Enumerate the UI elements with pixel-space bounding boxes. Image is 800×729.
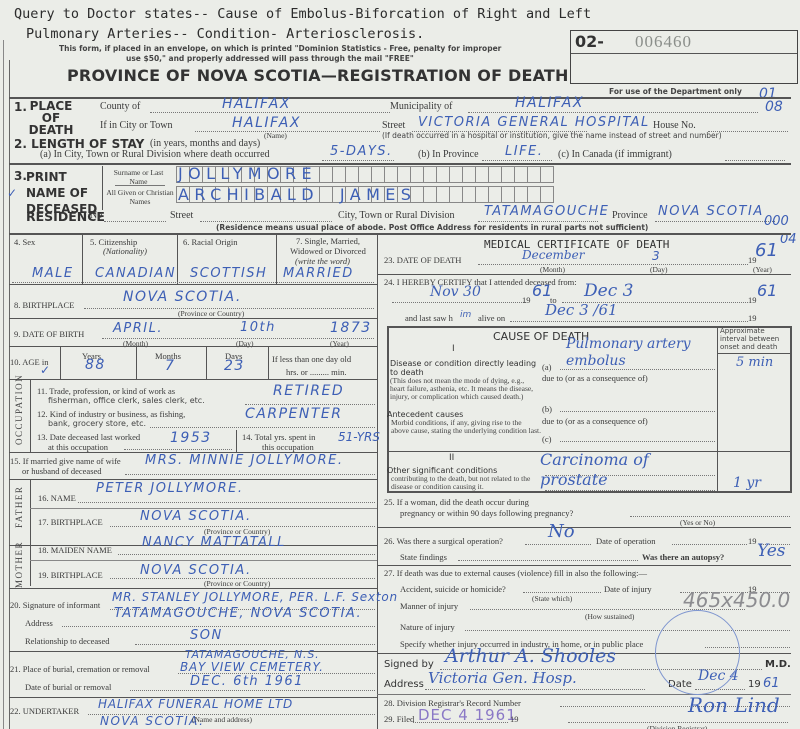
physician-signature: Arthur A. Shooles (445, 645, 616, 667)
cause-a-label: (a) (542, 362, 551, 372)
q26-date-label: Date of operation (596, 536, 655, 546)
residence-hint: (Residence means usual place of abode. P… (216, 223, 648, 232)
residence-province-value: NOVA SCOTIA (658, 204, 764, 219)
attended-to-year: 61 (757, 281, 777, 300)
municipality-value: HALIFAX (515, 95, 584, 111)
age-hrs-min-label: hrs. or ......... min. (286, 367, 346, 377)
burial-place-label: 21. Place of burial, cremation or remova… (10, 664, 150, 674)
signed-by-label: Signed by (384, 659, 434, 670)
burial-date-label: Date of burial or removal (25, 682, 111, 692)
letter-box (540, 166, 554, 183)
physician-address-label: Address (384, 679, 424, 690)
given-names-label: All Given or Christian Names (104, 188, 176, 206)
q27-manner-label: Manner of injury (400, 601, 458, 611)
md-suffix: M.D. (765, 659, 791, 670)
letter-box (436, 166, 450, 183)
dob-day: 10th (240, 320, 276, 335)
margin-code-right-a: 000 (764, 214, 789, 229)
city-name-hint: (Name) (264, 131, 287, 140)
stay-city-value: 5-DAYS. (330, 144, 393, 159)
occupation-section-label: OCCUPATION (14, 374, 24, 445)
mother-maiden-name-label: 18. MAIDEN NAME (38, 545, 112, 555)
father-name-label: 16. NAME (38, 493, 76, 503)
interval-label: Approximate interval between onset and d… (720, 327, 790, 351)
letter-box (527, 186, 541, 203)
mother-maiden-name-value: NANCY MATTATALL (142, 535, 286, 550)
letter-box (371, 166, 385, 183)
pencil-annotation: 465x450.0 (683, 588, 790, 612)
check-mark: ✓ (7, 186, 19, 200)
last-saw-pronoun: im (460, 310, 471, 320)
q13-label: 13. Date deceased last worked (37, 432, 140, 442)
date-of-death-year: 61 (755, 240, 778, 261)
undertaker-hint: (Name and address) (192, 715, 252, 724)
letter-box (345, 166, 359, 183)
racial-origin-value: SCOTTISH (190, 266, 267, 281)
q26-findings-label: State findings (400, 552, 447, 562)
cause-c-label: (c) (542, 434, 551, 444)
age-months-value: 7 (165, 358, 175, 374)
mother-birthplace-hint: (Province or Country) (204, 579, 270, 588)
q26-label: 26. Was there a surgical operation? (384, 536, 503, 546)
age-less-than-day-label: If less than one day old (272, 354, 351, 364)
residence-no-label: No (90, 210, 102, 221)
sex-value: MALE (32, 266, 74, 281)
q26-value: No (548, 521, 575, 542)
other-conditions-hint: contributing to the death, but not relat… (391, 475, 541, 491)
street-hint: (If death occurred in a hospital or inst… (382, 131, 722, 140)
letter-box (384, 166, 398, 183)
q27-nature-label: Nature of injury (400, 622, 455, 632)
attended-from-year-prefix: 19 (522, 295, 531, 305)
letter-box (423, 166, 437, 183)
q25-label: 25. If a woman, did the death occur duri… (384, 497, 529, 507)
racial-origin-label: 6. Racial Origin (183, 237, 238, 247)
age-days-value: 23 (224, 358, 245, 374)
death-year-hint: (Year) (753, 265, 772, 274)
q25-hint: (Yes or No) (680, 518, 715, 527)
q12-value: CARPENTER (245, 406, 342, 422)
q13-value: 1953 (170, 430, 212, 446)
mother-birthplace-label: 19. BIRTHPLACE (38, 570, 103, 580)
filed-date-stamp: DEC 4 1961 (418, 706, 517, 724)
birthplace-label: 8. BIRTHPLACE (14, 300, 74, 310)
q13-label2: at this occupation (48, 442, 108, 452)
q26-year-prefix: 19 (748, 536, 757, 546)
query-note-line2: Pulmonary Arteries-- Condition- Arterios… (26, 26, 424, 42)
street-value: VICTORIA GENERAL HOSPITAL (418, 115, 650, 130)
marital-status-hint: (write the word) (295, 256, 350, 266)
letter-box (462, 186, 476, 203)
registrar-stamp-circle (655, 610, 740, 695)
citizenship-value: CANADIAN (95, 266, 176, 281)
letter-box (332, 166, 346, 183)
letter-box (358, 166, 372, 183)
other-conditions-value: Carcinoma of prostate (540, 450, 690, 490)
father-section-label: FATHER (14, 486, 24, 528)
filed-year-prefix: 19 (510, 714, 519, 724)
letter-box (319, 166, 333, 183)
other-conditions-interval: 1 yr (733, 475, 761, 491)
informant-relationship: SON (190, 628, 223, 643)
county-label: County of (100, 101, 140, 112)
mother-birthplace-value: NOVA SCOTIA. (140, 563, 252, 578)
county-value: HALIFAX (222, 96, 291, 112)
stay-province-label: (b) In Province (418, 149, 479, 160)
cause-part-two: II (449, 453, 454, 463)
letter-box (410, 166, 424, 183)
letter-box (488, 186, 502, 203)
q14-value: 51-YRS (338, 430, 380, 444)
place-of-death-label: PLACE OF DEATH (26, 100, 76, 136)
letter-box (436, 186, 450, 203)
father-name-value: PETER JOLLYMORE. (96, 481, 243, 496)
house-no-label: House No. (653, 120, 696, 131)
length-of-stay-hint: (in years, months and days) (150, 138, 260, 149)
undertaker-label: 22. UNDERTAKER (10, 706, 79, 716)
undertaker-value: HALIFAX FUNERAL HOME LTD (98, 697, 293, 711)
mail-note-line1: This form, if placed in an envelope, on … (59, 44, 501, 53)
surname-value: JOLLYMORE (178, 164, 317, 183)
undertaker-value-2: NOVA SCOTIA. (100, 714, 204, 728)
q27-label: 27. If death was due to external causes … (384, 568, 647, 578)
registration-number: 006460 (635, 32, 692, 52)
letter-box (501, 186, 515, 203)
residence-city-label: City, Town or Rural Division (338, 210, 455, 221)
q11-label: 11. Trade, profession, or kind of work a… (37, 386, 175, 396)
department-note: For use of the Department only (609, 87, 742, 96)
cause-b-label: (b) (542, 404, 552, 414)
informant-address: TATAMAGOUCHE, NOVA SCOTIA. (114, 606, 362, 621)
registrar-hint: (Division Registrar) (647, 724, 707, 729)
letter-box (475, 186, 489, 203)
signature-year-prefix: 19 (748, 679, 761, 690)
informant-address-label: Address (25, 618, 53, 628)
letter-box (514, 166, 528, 183)
mother-section-label: MOTHER (14, 541, 24, 588)
physician-address: Victoria Gen. Hosp. (428, 669, 577, 687)
municipality-label: Municipality of (390, 101, 453, 112)
death-registration-form: Query to Doctor states-- Cause of Embolu… (0, 0, 800, 729)
margin-code-bottom: 08 (765, 99, 783, 115)
date-of-death-month: December (522, 248, 584, 262)
date-of-death-day: 3 (652, 249, 661, 263)
cause-a-interval: 5 min (736, 355, 773, 370)
letter-box (488, 166, 502, 183)
given-names-value: ARCHIBALD JAMES (178, 185, 416, 204)
q14-label: 14. Total yrs. spent in (242, 432, 315, 442)
stay-canada-label: (c) In Canada (if immigrant) (558, 149, 672, 160)
spouse-label2: or husband of deceased (22, 466, 102, 476)
letter-box (423, 186, 437, 203)
q14-label2: this occupation (262, 442, 314, 452)
registrar-signature: Ron Lind (688, 693, 780, 717)
cause-part-one: I (452, 344, 455, 354)
informant-relationship-label: Relationship to deceased (25, 636, 110, 646)
stay-province-value: LIFE. (505, 144, 543, 159)
cause-a-due-to: due to (or as a consequence of) (542, 373, 648, 383)
q27-accident-hint: (State which) (532, 594, 572, 603)
signature-year: 61 (763, 676, 780, 691)
last-saw-date: Dec 3 /61 (545, 301, 618, 319)
mail-note-line2: use $50," and properly addressed will pa… (126, 54, 414, 63)
age-years-value: 88 (85, 357, 106, 373)
direct-cause-label: Disease or condition directly leading to… (390, 359, 540, 377)
attended-to-year-prefix: 19 (748, 295, 757, 305)
q11-value: RETIRED (273, 383, 344, 399)
place-of-death-number: 1. (14, 100, 27, 114)
stay-city-label: (a) In City, Town or Rural Division wher… (40, 149, 270, 160)
dob-month: APRIL. (113, 321, 163, 336)
dob-year: 1873 (330, 320, 372, 336)
q27-injury-date-label: Date of injury (604, 584, 652, 594)
burial-date: DEC. 6th 1961 (190, 674, 304, 689)
marital-status-label: 7. Single, Married, Widowed or Divorced (281, 237, 375, 256)
q25-label2: pregnancy or within 90 days following pr… (400, 508, 573, 518)
q26-autopsy-value: Yes (757, 541, 786, 561)
attended-from: Nov 30 (430, 284, 481, 300)
letter-box (449, 166, 463, 183)
father-birthplace-value: NOVA SCOTIA. (140, 509, 252, 524)
registration-prefix: 02- (575, 32, 604, 51)
age-check-mark: ✓ (40, 363, 52, 377)
surname-label: Surname or Last Name (106, 168, 171, 186)
last-saw-label2: alive on (478, 313, 505, 323)
letter-box (449, 186, 463, 203)
informant-signature-label: 20. Signature of informant (10, 600, 100, 610)
letter-box (514, 186, 528, 203)
q26-autopsy-label: Was there an autopsy? (642, 552, 724, 562)
residence-province-label: Province (612, 210, 648, 221)
date-of-death-label: 23. DATE OF DEATH (384, 255, 461, 265)
spouse-label: 15. If married give name of wife (10, 456, 121, 466)
name-number: 3. (14, 169, 27, 183)
last-saw-label: and last saw h (405, 313, 453, 323)
birthplace-value: NOVA SCOTIA. (123, 289, 242, 305)
letter-box (501, 166, 515, 183)
last-saw-year-prefix: 19 (748, 313, 757, 323)
citizenship-hint: (Nationality) (103, 246, 147, 256)
q12-label2: bank, grocery store, etc. (48, 419, 146, 428)
query-note-line1: Query to Doctor states-- Cause of Embolu… (14, 6, 591, 22)
letter-box (397, 166, 411, 183)
marital-status-value: MARRIED (283, 266, 354, 281)
sex-label: 4. Sex (14, 237, 35, 247)
form-title: PROVINCE OF NOVA SCOTIA—REGISTRATION OF … (67, 66, 569, 85)
q27-accident-label: Accident, suicide or homicide? (400, 584, 506, 594)
death-month-hint: (Month) (540, 265, 565, 274)
spouse-value: MRS. MINNIE JOLLYMORE. (145, 453, 344, 468)
attended-to: Dec 3 (584, 281, 633, 301)
cause-b-due-to: due to (or as a consequence of) (542, 416, 648, 426)
city-value: HALIFAX (232, 115, 301, 131)
informant-signature: MR. STANLEY JOLLYMORE, PER. L.F. Sexton (112, 590, 398, 604)
dob-label: 9. DATE OF BIRTH (14, 329, 84, 339)
death-day-hint: (Day) (650, 265, 668, 274)
cause-a-value: Pulmonary artery embolus (566, 336, 716, 370)
city-label: If in City or Town (100, 120, 172, 131)
residence-street-label: Street (170, 210, 193, 221)
father-birthplace-label: 17. BIRTHPLACE (38, 517, 103, 527)
residence-city-value: TATAMAGOUCHE (484, 204, 609, 219)
burial-place-line2: BAY VIEW CEMETERY. (180, 660, 324, 674)
q27-manner-hint: (How sustained) (585, 612, 634, 621)
letter-box (540, 186, 554, 203)
q12-label: 12. Kind of industry or business, as fis… (37, 409, 185, 419)
street-label: Street (382, 120, 405, 131)
letter-box (527, 166, 541, 183)
birthplace-hint: (Province or Country) (178, 309, 244, 318)
letter-box (475, 166, 489, 183)
antecedent-hint: Morbid conditions, if any, giving rise t… (391, 419, 541, 435)
filed-label: 29. Filed (384, 714, 414, 724)
q11-label2: fisherman, office clerk, sales clerk, et… (48, 396, 205, 405)
letter-box (462, 166, 476, 183)
direct-cause-hint: (This does not mean the mode of dying, e… (390, 377, 540, 401)
